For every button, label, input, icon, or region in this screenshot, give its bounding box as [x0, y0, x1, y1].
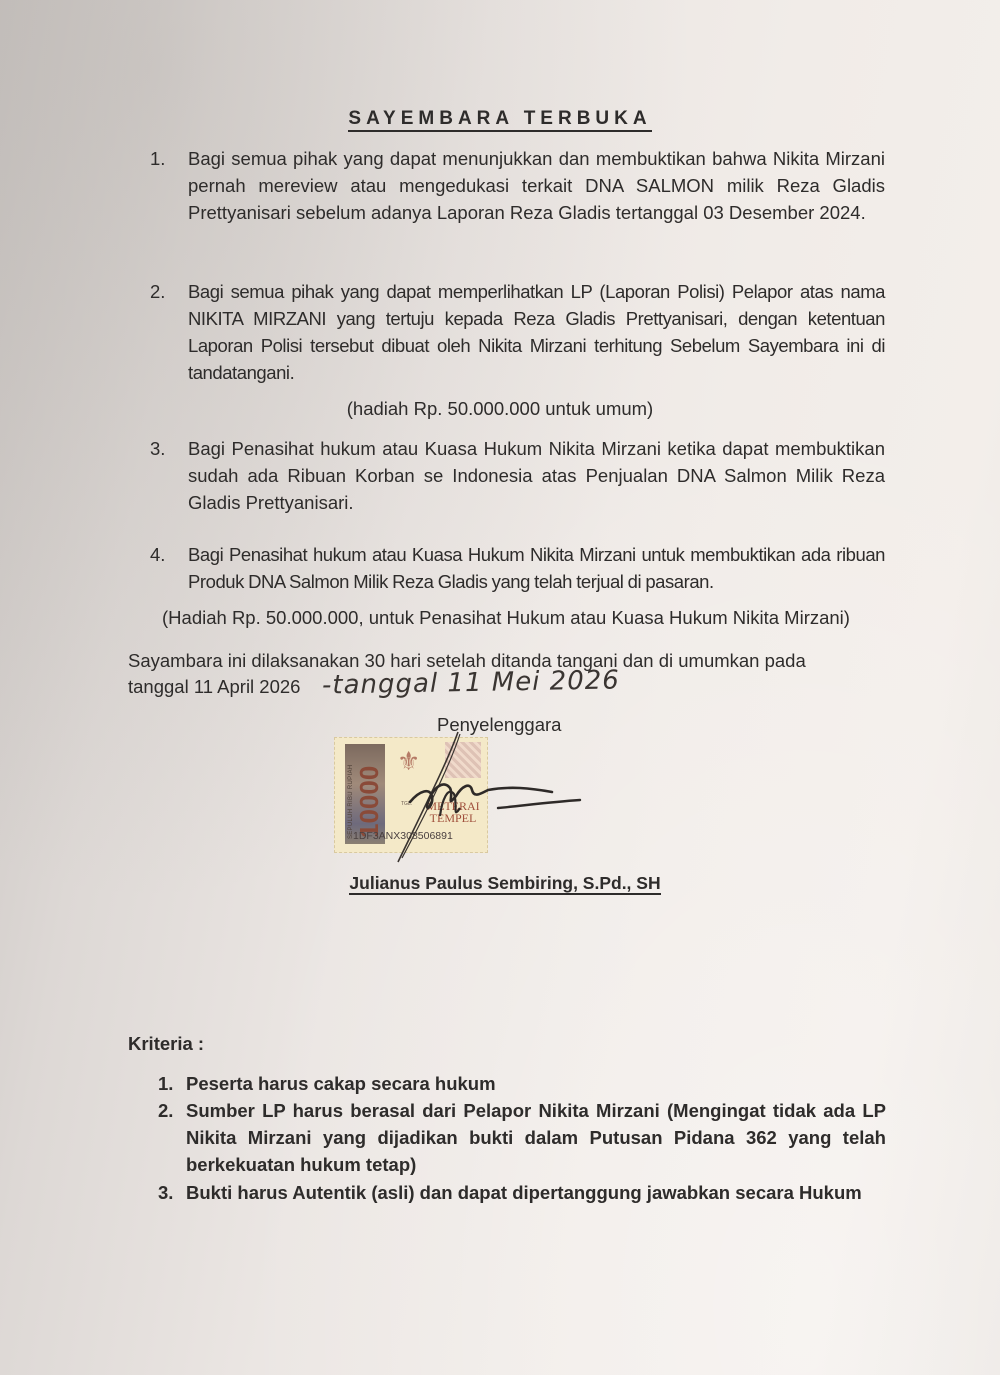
- stamp-tgl: TGL.: [401, 801, 412, 807]
- item-text: Bagi Penasihat hukum atau Kuasa Hukum Ni…: [188, 541, 885, 595]
- prize-general: (hadiah Rp. 50.000.000 untuk umum): [0, 398, 1000, 420]
- criteria-number: 2.: [158, 1097, 173, 1124]
- revenue-stamp: SEPULUH RIBU RUPIAH 10000 ⚜ TGL. METERAI…: [334, 737, 488, 853]
- handwritten-date-note: -tanggal 11 Mei 2026: [322, 665, 620, 700]
- criteria-item: 3. Bukti harus Autentik (asli) dan dapat…: [158, 1179, 886, 1206]
- criteria-text: Bukti harus Autentik (asli) dan dapat di…: [186, 1179, 886, 1206]
- criteria-number: 1.: [158, 1070, 173, 1097]
- item-number: 3.: [150, 435, 180, 462]
- signer-name: Julianus Paulus Sembiring, S.Pd., SH: [0, 873, 1000, 894]
- list-item: 2. Bagi semua pihak yang dapat memperlih…: [150, 278, 885, 386]
- list-item: 1. Bagi semua pihak yang dapat menunjukk…: [150, 145, 885, 226]
- item-number: 4.: [150, 541, 180, 568]
- criteria-heading: Kriteria :: [128, 1033, 204, 1055]
- list-item: 3. Bagi Penasihat hukum atau Kuasa Hukum…: [150, 435, 885, 516]
- criteria-text: Peserta harus cakap secara hukum: [186, 1070, 886, 1097]
- list-item: 4. Bagi Penasihat hukum atau Kuasa Hukum…: [150, 541, 885, 595]
- criteria-number: 3.: [158, 1179, 173, 1206]
- prize-legal: (Hadiah Rp. 50.000.000, untuk Penasihat …: [6, 607, 1000, 629]
- criteria-item: 2. Sumber LP harus berasal dari Pelapor …: [158, 1097, 886, 1178]
- item-text: Bagi semua pihak yang dapat memperlihatk…: [188, 278, 885, 386]
- execution-text-line2: tanggal 11 April 2026: [128, 674, 300, 700]
- item-text: Bagi semua pihak yang dapat menunjukkan …: [188, 145, 885, 226]
- organizer-label: Penyelenggara: [437, 712, 561, 738]
- criteria-item: 1. Peserta harus cakap secara hukum: [158, 1070, 886, 1097]
- stamp-label-line2: TEMPEL: [421, 812, 485, 824]
- garuda-emblem-icon: ⚜: [397, 746, 420, 777]
- stamp-label: METERAI TEMPEL: [421, 800, 485, 824]
- signer-name-text: Julianus Paulus Sembiring, S.Pd., SH: [349, 873, 660, 895]
- item-number: 1.: [150, 145, 180, 172]
- item-text: Bagi Penasihat hukum atau Kuasa Hukum Ni…: [188, 435, 885, 516]
- stamp-value: 10000: [357, 748, 381, 838]
- stamp-serial: 1DF3ANX308506891: [353, 830, 453, 842]
- item-number: 2.: [150, 278, 180, 305]
- document-title: SAYEMBARA TERBUKA: [0, 108, 1000, 130]
- document-title-text: SAYEMBARA TERBUKA: [348, 108, 651, 132]
- criteria-text: Sumber LP harus berasal dari Pelapor Nik…: [186, 1097, 886, 1178]
- stamp-pattern: [445, 742, 481, 778]
